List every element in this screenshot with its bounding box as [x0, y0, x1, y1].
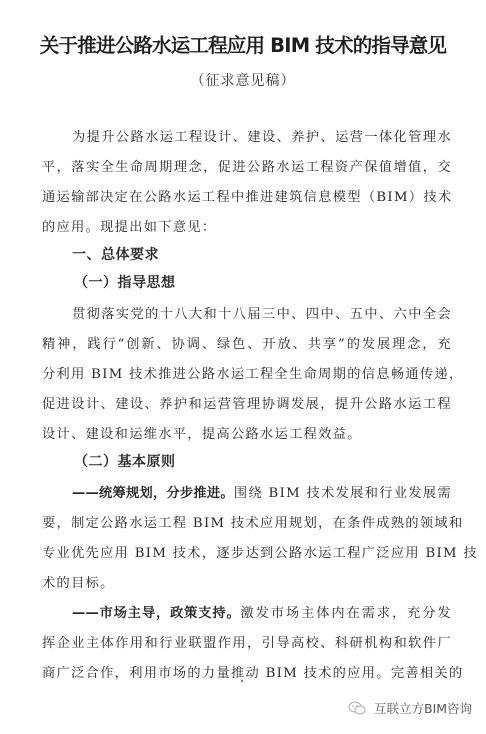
- wechat-icon: [348, 701, 366, 715]
- document-subtitle: （征求意见稿）: [0, 70, 486, 90]
- intro-line: 的应用。现提出如下意见：: [42, 216, 452, 235]
- principle-lead: ——市场主导，政策支持。: [72, 606, 241, 621]
- subsection-heading: （二）基本原则: [74, 451, 176, 471]
- paragraph-line: 商广泛合作，利用市场的力量推动 BIM 技术的应用。完善相关的: [42, 662, 452, 681]
- paragraph-line: 设计、建设和运维水平，提高公路水运工程效益。: [42, 423, 452, 442]
- paragraph-line: 分利用 BIM 技术推进公路水运工程全生命周期的信息畅通传递，: [42, 363, 452, 382]
- paragraph-line: 促进设计、建设、养护和运营管理协调发展，提升公路水运工程: [42, 393, 452, 412]
- principle-first-line: ——市场主导，政策支持。激发市场主体内在需求，充分发: [72, 602, 452, 621]
- paragraph-line: 专业优先应用 BIM 技术，逐步达到公路水运工程广泛应用 BIM 技: [42, 542, 452, 561]
- paragraph-line: 要，制定公路水运工程 BIM 技术应用规划，在条件成熟的领域和: [42, 512, 452, 531]
- section-heading: 一、总体要求: [72, 244, 159, 264]
- paragraph-line: 挥企业主体作用和行业联盟作用，引导高校、科研机构和软件厂: [42, 632, 452, 651]
- paragraph-line: 贯彻落实党的十八大和十八届三中、四中、五中、六中全会: [72, 303, 452, 322]
- document-title: 关于推进公路水运工程应用 BIM 技术的指导意见: [0, 30, 486, 58]
- subsection-heading: （一）指导思想: [74, 272, 176, 292]
- principle-text: 激发市场主体内在需求，充分发: [241, 606, 452, 621]
- paragraph-line: 术的目标。: [42, 572, 452, 591]
- watermark-text: 互联立方BIM咨询: [374, 699, 472, 717]
- paragraph-line: 精神，践行“创新、协调、绿色、开放、共享”的发展理念，充: [42, 333, 452, 352]
- principle-first-line: ——统筹规划，分步推进。围绕 BIM 技术发展和行业发展需: [72, 482, 452, 501]
- principle-lead: ——统筹规划，分步推进。: [72, 486, 234, 501]
- page-marker-dot: [241, 680, 243, 682]
- intro-line: 平，落实全生命周期理念，促进公路水运工程资产保值增值，交: [42, 156, 452, 175]
- intro-line: 通运输部决定在公路水运工程中推进建筑信息模型（BIM）技术: [42, 186, 452, 205]
- principle-text: 围绕 BIM 技术发展和行业发展需: [234, 486, 452, 501]
- watermark: 互联立方BIM咨询: [348, 699, 472, 717]
- intro-line: 为提升公路水运工程设计、建设、养护、运营一体化管理水: [72, 126, 452, 145]
